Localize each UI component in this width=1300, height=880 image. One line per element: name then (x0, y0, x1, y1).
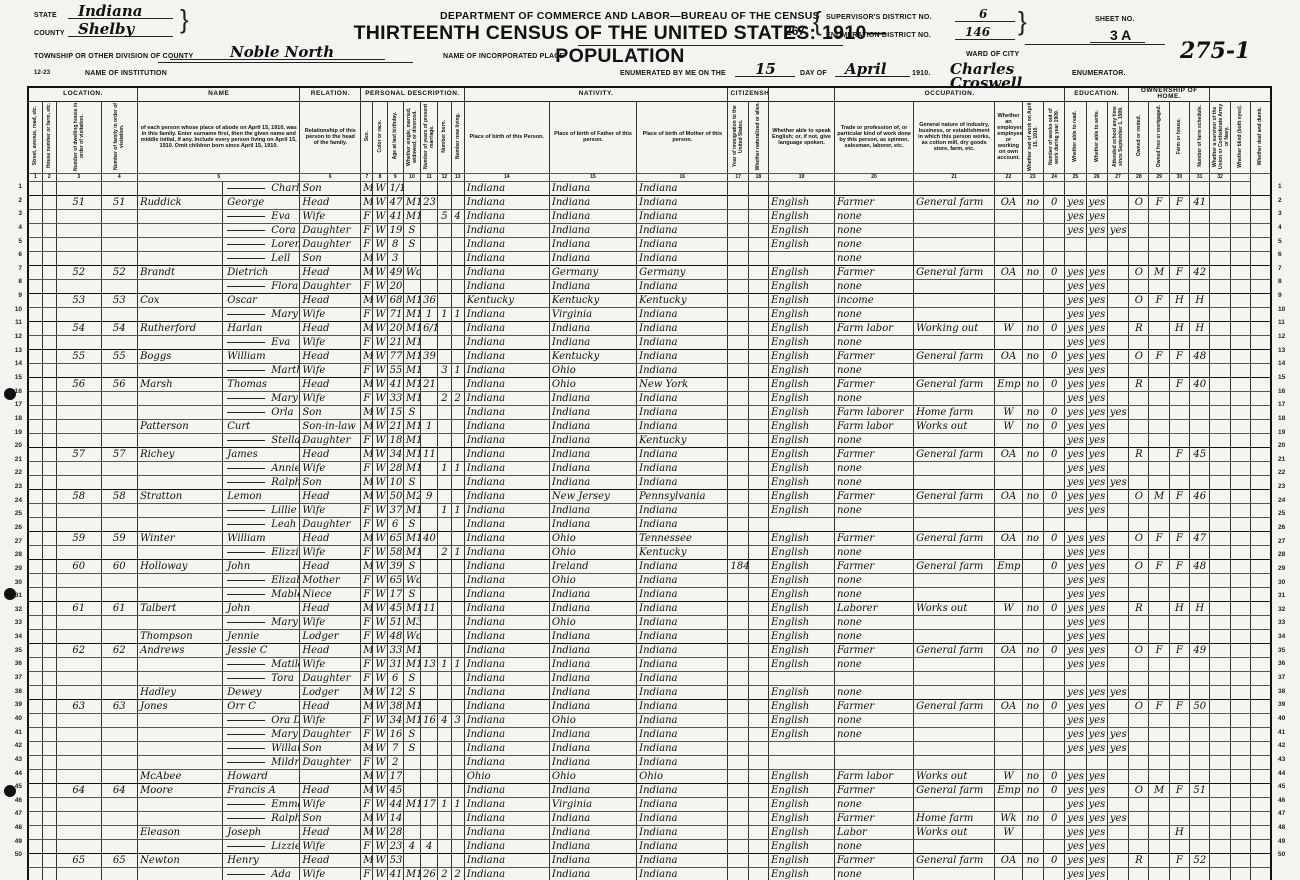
veteran-cell (1210, 209, 1230, 223)
dwelling-number-cell (56, 797, 101, 811)
deaf-cell (1250, 181, 1271, 195)
deaf-cell (1250, 433, 1271, 447)
column-number: 22 (995, 173, 1022, 181)
race-cell: W (373, 237, 387, 251)
table-row: FloraDaughterFW20IndianaIndianaIndianaEn… (28, 279, 1271, 293)
sex-cell: M (361, 349, 373, 363)
mortgage-cell: M (1149, 783, 1169, 797)
table-row: ElizzieWifeFW58M121IndianaOhioKentuckyEn… (28, 545, 1271, 559)
table-row: CharlesSonMW1/12IndianaIndianaIndiana (28, 181, 1271, 195)
family-number-cell (101, 517, 138, 531)
surname-cell: Hadley (138, 685, 223, 699)
table-row: CoraDaughterFW19SIndianaIndianaIndianaEn… (28, 223, 1271, 237)
school-cell (1107, 265, 1128, 279)
dwelling-number-cell: 51 (56, 195, 101, 209)
naturalization-cell (748, 727, 768, 741)
race-cell: W (373, 321, 387, 335)
years-married-cell: 17 (421, 797, 438, 811)
trade-cell: Farmer (834, 559, 913, 573)
header-children-born: Number born. (438, 101, 451, 173)
dwelling-number-cell: 61 (56, 601, 101, 615)
children-living-cell (451, 783, 464, 797)
age-cell: 34 (387, 713, 403, 727)
children-living-cell (451, 489, 464, 503)
blind-cell (1230, 685, 1250, 699)
birthplace-cell: Indiana (464, 475, 549, 489)
house-number-cell (42, 265, 56, 279)
table-row: 6464MooreFrancis AHeadMW45IndianaIndiana… (28, 783, 1271, 797)
race-cell: W (373, 475, 387, 489)
given-name-cell: Charles (223, 181, 300, 195)
weeks-out-cell: 0 (1043, 419, 1064, 433)
language-cell (769, 741, 835, 755)
table-row: McAbeeHowardMW17OhioOhioOhioEnglishFarm … (28, 769, 1271, 783)
sex-cell: M (361, 475, 373, 489)
children-living-cell (451, 727, 464, 741)
marital-status-cell: M1 (403, 657, 420, 671)
out-of-work-cell (1022, 741, 1043, 755)
children-living-cell (451, 251, 464, 265)
veteran-cell (1210, 545, 1230, 559)
age-cell: 28 (387, 461, 403, 475)
mortgage-cell (1149, 545, 1169, 559)
school-cell (1107, 349, 1128, 363)
veteran-cell (1210, 461, 1230, 475)
language-cell: English (769, 307, 835, 321)
surname-cell: McAbee (138, 769, 223, 783)
table-row: 5858StrattonLemonHeadMW50M29IndianaNew J… (28, 489, 1271, 503)
can-read-cell: yes (1065, 447, 1086, 461)
given-name-text: Henry (227, 855, 259, 866)
house-number-cell (42, 545, 56, 559)
veteran-cell (1210, 419, 1230, 433)
can-read-cell (1065, 181, 1086, 195)
family-number-cell (101, 433, 138, 447)
header-children-living: Number now living. (451, 101, 464, 173)
table-row: ElizabethMotherFW65WdIndianaOhioIndianaE… (28, 573, 1271, 587)
blind-cell (1230, 377, 1250, 391)
given-name-cell: Emma (223, 797, 300, 811)
given-name-cell: Lorene (223, 237, 300, 251)
naturalization-cell (748, 811, 768, 825)
mother-birthplace-cell: Indiana (637, 279, 728, 293)
employment-class-cell (995, 279, 1022, 293)
birthplace-cell: Indiana (464, 629, 549, 643)
dwelling-number-cell (56, 279, 101, 293)
farm-house-cell: F (1169, 783, 1189, 797)
out-of-work-cell (1022, 517, 1043, 531)
house-number-cell (42, 867, 56, 880)
naturalization-cell (748, 349, 768, 363)
header-birth-father: Place of birth of Father of this person. (549, 101, 636, 173)
ditto-dash (227, 482, 265, 483)
sex-cell: F (361, 391, 373, 405)
owned-rented-cell: O (1129, 293, 1149, 307)
blind-cell (1230, 349, 1250, 363)
family-number-cell (101, 209, 138, 223)
street-cell (28, 657, 42, 671)
given-name-text: Mary (271, 393, 298, 404)
farm-schedule-cell (1190, 405, 1210, 419)
children-born-cell (438, 433, 451, 447)
father-birthplace-cell: Indiana (549, 433, 636, 447)
street-cell (28, 643, 42, 657)
farm-house-cell: F (1169, 699, 1189, 713)
children-born-cell: 1 (438, 461, 451, 475)
years-married-cell (421, 433, 438, 447)
can-write-cell: yes (1086, 391, 1107, 405)
veteran-cell (1210, 867, 1230, 880)
employment-class-cell (995, 755, 1022, 769)
weeks-out-cell (1043, 727, 1064, 741)
can-write-cell: yes (1086, 377, 1107, 391)
owned-rented-cell: O (1129, 349, 1149, 363)
given-name-cell: Dewey (223, 685, 300, 699)
family-number-cell (101, 223, 138, 237)
deaf-cell (1250, 713, 1271, 727)
house-number-cell (42, 811, 56, 825)
marital-status-cell: M1 (403, 307, 420, 321)
table-row: ToraDaughterFW6SIndianaIndianaIndiana (28, 671, 1271, 685)
line-number: 44 (1278, 770, 1296, 777)
weeks-out-cell: 0 (1043, 447, 1064, 461)
immigration-year-cell (728, 181, 748, 195)
school-cell (1107, 419, 1128, 433)
street-cell (28, 769, 42, 783)
owned-rented-cell (1129, 797, 1149, 811)
weeks-out-cell (1043, 251, 1064, 265)
weeks-out-cell: 0 (1043, 349, 1064, 363)
line-number: 24 (4, 497, 22, 504)
out-of-work-cell: no (1022, 853, 1043, 867)
column-number: 7 (361, 173, 373, 181)
line-number: 29 (4, 565, 22, 572)
table-row: LoreneDaughterFW8SIndianaIndianaIndianaE… (28, 237, 1271, 251)
street-cell (28, 559, 42, 573)
naturalization-cell (748, 321, 768, 335)
trade-cell: Farmer (834, 811, 913, 825)
deaf-cell (1250, 251, 1271, 265)
employment-class-cell: Emp (995, 559, 1022, 573)
surname-cell (138, 307, 223, 321)
relation-cell: Head (300, 643, 361, 657)
children-born-cell (438, 741, 451, 755)
race-cell: W (373, 251, 387, 265)
school-cell (1107, 783, 1128, 797)
children-living-cell (451, 237, 464, 251)
children-born-cell (438, 517, 451, 531)
years-married-cell (421, 335, 438, 349)
marital-status-cell: M1 (403, 377, 420, 391)
ditto-dash (227, 440, 265, 441)
can-write-cell: yes (1086, 713, 1107, 727)
surname-cell (138, 251, 223, 265)
sex-cell: F (361, 671, 373, 685)
ditto-dash (227, 230, 265, 231)
header-write: Whether able to write. (1086, 101, 1107, 173)
surname-cell (138, 573, 223, 587)
farm-house-cell (1169, 573, 1189, 587)
line-number: 23 (1278, 483, 1296, 490)
marital-status-cell: S (403, 237, 420, 251)
given-name-cell: Orla (223, 405, 300, 419)
trade-cell: none (834, 279, 913, 293)
line-number: 4 (4, 224, 22, 231)
line-number: 40 (4, 715, 22, 722)
mortgage-cell (1149, 475, 1169, 489)
line-number: 30 (1278, 579, 1296, 586)
farm-schedule-cell (1190, 587, 1210, 601)
street-cell (28, 727, 42, 741)
age-cell: 6 (387, 671, 403, 685)
sex-cell: F (361, 545, 373, 559)
owned-rented-cell (1129, 391, 1149, 405)
veteran-cell (1210, 573, 1230, 587)
ditto-dash (227, 874, 265, 875)
surname-cell (138, 657, 223, 671)
given-name-text: Tora (271, 673, 294, 684)
given-name-cell: Eva (223, 209, 300, 223)
weeks-out-cell: 0 (1043, 489, 1064, 503)
age-cell: 16 (387, 727, 403, 741)
out-of-work-cell (1022, 237, 1043, 251)
line-number: 17 (1278, 401, 1296, 408)
given-name-cell: Oscar (223, 293, 300, 307)
owned-rented-cell: R (1129, 447, 1149, 461)
family-number-cell (101, 713, 138, 727)
sex-cell: F (361, 755, 373, 769)
trade-cell (834, 181, 913, 195)
industry-cell: General farm (914, 195, 995, 209)
immigration-year-cell (728, 195, 748, 209)
children-living-cell: 2 (451, 391, 464, 405)
house-number-cell (42, 307, 56, 321)
relation-cell: Wife (300, 363, 361, 377)
surname-cell: Stratton (138, 489, 223, 503)
census-sheet: State Indiana } County Shelby Township o… (0, 0, 1300, 880)
language-cell: English (769, 601, 835, 615)
marital-status-cell (403, 825, 420, 839)
industry-cell (914, 209, 995, 223)
trade-cell: none (834, 475, 913, 489)
header-trade: Trade or profession of, or particular ki… (834, 101, 913, 173)
language-cell (769, 671, 835, 685)
sex-cell: M (361, 489, 373, 503)
column-number: 30 (1169, 173, 1189, 181)
blind-cell (1230, 629, 1250, 643)
family-number-cell (101, 307, 138, 321)
house-number-cell (42, 783, 56, 797)
deaf-cell (1250, 853, 1271, 867)
trade-cell: Farmer (834, 853, 913, 867)
can-write-cell: yes (1086, 433, 1107, 447)
out-of-work-cell: no (1022, 377, 1043, 391)
given-name-cell: William (223, 349, 300, 363)
given-name-cell: Cora (223, 223, 300, 237)
race-cell: W (373, 755, 387, 769)
can-read-cell: yes (1065, 489, 1086, 503)
immigration-year-cell (728, 475, 748, 489)
given-name-text: Dewey (227, 687, 261, 698)
given-name-text: Mable (271, 589, 300, 600)
industry-cell (914, 237, 995, 251)
blind-cell (1230, 545, 1250, 559)
language-cell: English (769, 573, 835, 587)
given-name-text: Jessie C (227, 645, 267, 656)
header-house-no: House number or farm, etc. (42, 101, 56, 173)
column-number: 32 (1210, 173, 1230, 181)
street-cell (28, 755, 42, 769)
street-cell (28, 531, 42, 545)
employment-class-cell (995, 867, 1022, 880)
dwelling-number-cell (56, 363, 101, 377)
language-cell: English (769, 713, 835, 727)
children-living-cell (451, 587, 464, 601)
employment-class-cell (995, 181, 1022, 195)
line-number: 1 (4, 183, 22, 190)
owned-rented-cell (1129, 615, 1149, 629)
age-cell: 33 (387, 391, 403, 405)
mortgage-cell: F (1149, 559, 1169, 573)
mortgage-cell (1149, 461, 1169, 475)
given-name-text: John (227, 603, 250, 614)
deaf-cell (1250, 195, 1271, 209)
given-name-cell: John (223, 559, 300, 573)
street-cell (28, 279, 42, 293)
mother-birthplace-cell: Indiana (637, 335, 728, 349)
industry-cell: Works out (914, 825, 995, 839)
sex-cell: M (361, 419, 373, 433)
given-name-text: Dietrich (227, 267, 268, 278)
given-name-text: Lemon (227, 491, 262, 502)
birthplace-cell: Indiana (464, 321, 549, 335)
relation-cell: Head (300, 601, 361, 615)
deaf-cell (1250, 517, 1271, 531)
farm-house-cell: F (1169, 489, 1189, 503)
school-cell (1107, 643, 1128, 657)
school-cell (1107, 615, 1128, 629)
dwelling-number-cell (56, 433, 101, 447)
can-read-cell: yes (1065, 377, 1086, 391)
marital-status-cell: S (403, 727, 420, 741)
farm-house-cell (1169, 797, 1189, 811)
line-number: 22 (4, 469, 22, 476)
weeks-out-cell: 0 (1043, 783, 1064, 797)
father-birthplace-cell: Indiana (549, 811, 636, 825)
immigration-year-cell (728, 601, 748, 615)
column-number: 26 (1086, 173, 1107, 181)
line-number: 28 (4, 551, 22, 558)
surname-cell: Ruddick (138, 195, 223, 209)
given-name-cell: Mildred (223, 755, 300, 769)
mortgage-cell (1149, 209, 1169, 223)
father-birthplace-cell: Kentucky (549, 293, 636, 307)
trade-cell: none (834, 867, 913, 880)
children-living-cell (451, 349, 464, 363)
school-cell (1107, 377, 1128, 391)
marital-status-cell: M2 (403, 489, 420, 503)
veteran-cell (1210, 769, 1230, 783)
children-born-cell: 3 (438, 363, 451, 377)
family-number-cell: 61 (101, 601, 138, 615)
mother-birthplace-cell: Indiana (637, 405, 728, 419)
can-write-cell: yes (1086, 629, 1107, 643)
immigration-year-cell (728, 335, 748, 349)
can-write-cell: yes (1086, 727, 1107, 741)
dwelling-number-cell: 65 (56, 853, 101, 867)
census-rows: CharlesSonMW1/12IndianaIndianaIndiana515… (28, 181, 1271, 880)
veteran-cell (1210, 629, 1230, 643)
relation-cell: Head (300, 321, 361, 335)
mother-birthplace-cell: Indiana (637, 447, 728, 461)
blind-cell (1230, 601, 1250, 615)
children-living-cell (451, 573, 464, 587)
industry-cell: General farm (914, 699, 995, 713)
children-born-cell (438, 489, 451, 503)
years-married-cell: 9 (421, 489, 438, 503)
farm-schedule-cell (1190, 769, 1210, 783)
birthplace-cell: Indiana (464, 615, 549, 629)
dwelling-number-cell (56, 825, 101, 839)
immigration-year-cell (728, 853, 748, 867)
can-read-cell: yes (1065, 265, 1086, 279)
ditto-dash (227, 664, 265, 665)
school-cell (1107, 503, 1128, 517)
table-row: 5555BoggsWilliamHeadMW77M139IndianaKentu… (28, 349, 1271, 363)
deaf-cell (1250, 489, 1271, 503)
can-read-cell: yes (1065, 867, 1086, 880)
immigration-year-cell (728, 839, 748, 853)
industry-cell: General farm (914, 559, 995, 573)
age-cell: 37 (387, 503, 403, 517)
line-number: 47 (1278, 810, 1296, 817)
age-cell: 20 (387, 279, 403, 293)
employment-class-cell (995, 657, 1022, 671)
farm-schedule-cell: 49 (1190, 643, 1210, 657)
immigration-year-cell (728, 349, 748, 363)
race-cell: W (373, 853, 387, 867)
out-of-work-cell (1022, 839, 1043, 853)
farm-schedule-cell (1190, 615, 1210, 629)
can-write-cell: yes (1086, 559, 1107, 573)
street-cell (28, 713, 42, 727)
out-of-work-cell (1022, 461, 1043, 475)
father-birthplace-cell: Indiana (549, 685, 636, 699)
children-born-cell (438, 335, 451, 349)
school-cell (1107, 209, 1128, 223)
years-married-cell (421, 853, 438, 867)
naturalization-cell (748, 475, 768, 489)
marital-status-cell: M1 (403, 531, 420, 545)
employment-class-cell (995, 727, 1022, 741)
trade-cell: income (834, 293, 913, 307)
children-living-cell (451, 433, 464, 447)
naturalization-cell (748, 419, 768, 433)
mortgage-cell (1149, 251, 1169, 265)
street-cell (28, 811, 42, 825)
farm-schedule-cell (1190, 573, 1210, 587)
farm-schedule-cell (1190, 433, 1210, 447)
header-farm-schedule: Number of farm schedule. (1190, 101, 1210, 173)
can-read-cell: yes (1065, 699, 1086, 713)
out-of-work-cell (1022, 657, 1043, 671)
street-cell (28, 363, 42, 377)
naturalization-cell (748, 307, 768, 321)
age-cell: 31 (387, 657, 403, 671)
race-cell: W (373, 811, 387, 825)
blind-cell (1230, 335, 1250, 349)
birthplace-cell: Indiana (464, 265, 549, 279)
